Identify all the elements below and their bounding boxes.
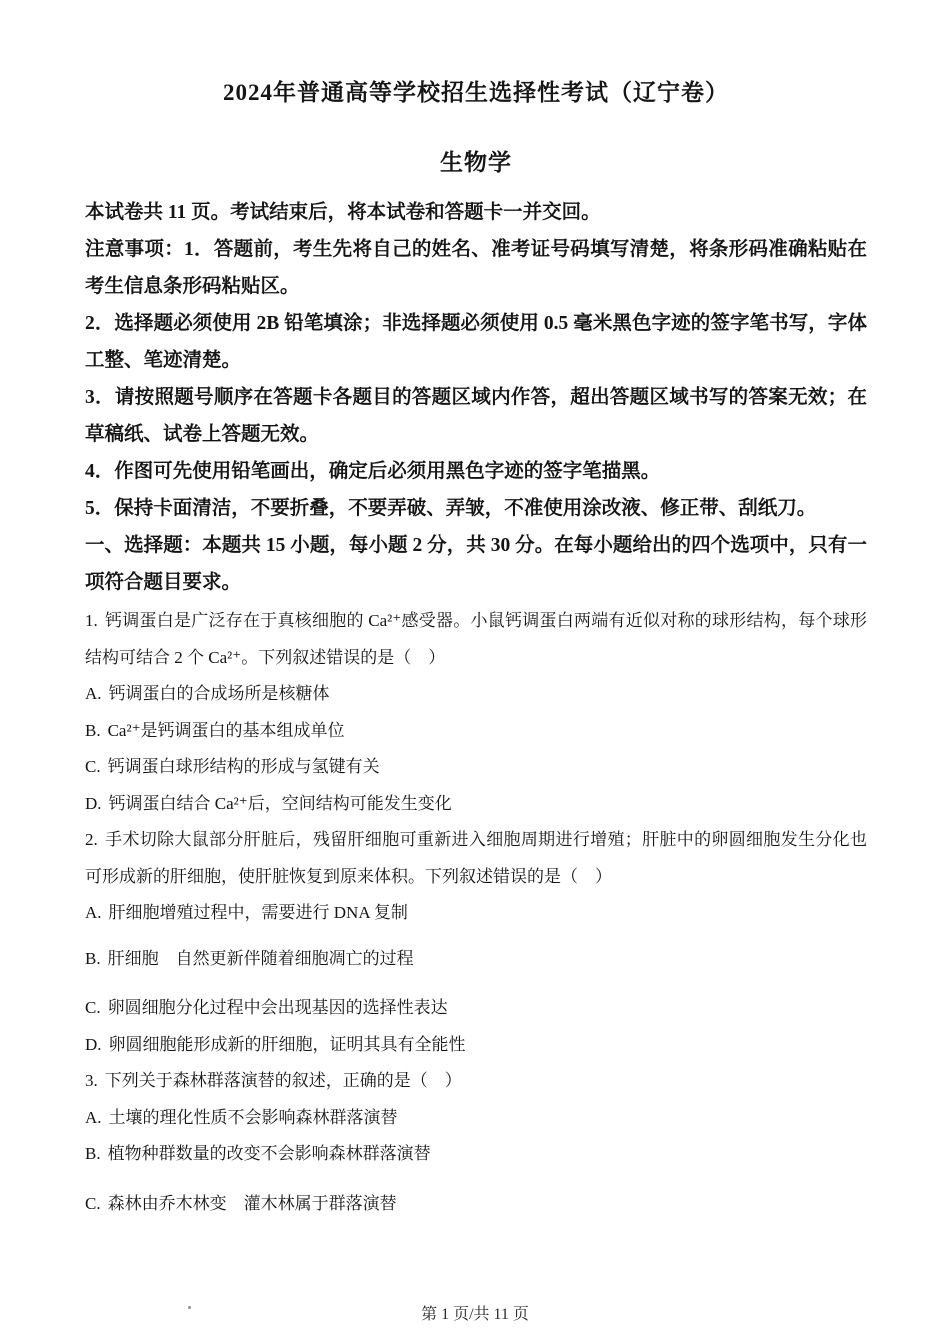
- question-3-option-b-text: 植物种群数量的改变不会影响森林群落演替: [108, 1144, 431, 1163]
- question-2-number: 2.: [85, 830, 98, 849]
- question-2-option-b-text: 肝细胞 自然更新伴随着细胞凋亡的过程: [108, 949, 414, 968]
- question-2-option-c-text: 卵圆细胞分化过程中会出现基因的选择性表达: [108, 998, 448, 1017]
- question-2-option-c-label: C.: [85, 998, 101, 1017]
- page-footer: 第 1 页/共 11 页: [0, 1301, 950, 1324]
- question-3-option-a-text: 土壤的理化性质不会影响森林群落演替: [109, 1108, 398, 1127]
- question-2-option-a-text: 肝细胞增殖过程中，需要进行 DNA 复制: [109, 903, 408, 922]
- page-title: 2024年普通高等学校招生选择性考试（辽宁卷）: [85, 78, 867, 108]
- question-1-option-d-label: D.: [85, 794, 102, 813]
- section-header-choice: 一、选择题：本题共 15 小题，每小题 2 分，共 30 分。在每小题给出的四个…: [85, 527, 867, 601]
- question-1-option-c-label: C.: [85, 757, 101, 776]
- question-2-option-d: D.卵圆细胞能形成新的肝细胞，证明其具有全能性: [85, 1027, 867, 1064]
- document-page: { "page": { "title": "2024年普通高等学校招生选择性考试…: [0, 0, 950, 1344]
- question-1-option-a: A.钙调蛋白的合成场所是核糖体: [85, 676, 867, 713]
- question-1-option-b: B.Ca²⁺是钙调蛋白的基本组成单位: [85, 713, 867, 750]
- question-1-option-b-label: B.: [85, 721, 101, 740]
- question-1-option-a-text: 钙调蛋白的合成场所是核糖体: [109, 684, 330, 703]
- question-3-option-a: A.土壤的理化性质不会影响森林群落演替: [85, 1100, 867, 1137]
- question-2-stem: 2.手术切除大鼠部分肝脏后，残留肝细胞可重新进入细胞周期进行增殖；肝脏中的卵圆细…: [85, 822, 867, 895]
- exam-notices: 本试卷共 11 页。考试结束后，将本试卷和答题卡一并交回。 注意事项：1．答题前…: [85, 194, 867, 601]
- notice-line-5: 5．保持卡面清洁，不要折叠，不要弄破、弄皱，不准使用涂改液、修正带、刮纸刀。: [85, 490, 867, 527]
- question-2-option-a: A.肝细胞增殖过程中，需要进行 DNA 复制: [85, 895, 867, 932]
- question-3-number: 3.: [85, 1071, 98, 1090]
- notice-line-3: 3．请按照题号顺序在答题卡各题目的答题区域内作答，超出答题区域书写的答案无效；在…: [85, 379, 867, 453]
- question-3-option-c-label: C.: [85, 1194, 101, 1213]
- question-3-option-a-label: A.: [85, 1108, 102, 1127]
- page-subtitle: 生物学: [85, 148, 867, 178]
- question-2-option-b: B.肝细胞 自然更新伴随着细胞凋亡的过程: [85, 941, 867, 978]
- question-2-option-d-text: 卵圆细胞能形成新的肝细胞，证明其具有全能性: [109, 1035, 466, 1054]
- question-3-option-c-text: 森林由乔木林变 灌木林属于群落演替: [108, 1194, 397, 1213]
- question-1-stem-text: 钙调蛋白是广泛存在于真核细胞的 Ca²⁺感受器。小鼠钙调蛋白两端有近似对称的球形…: [85, 611, 867, 667]
- question-2-option-b-label: B.: [85, 949, 101, 968]
- question-1-option-c-text: 钙调蛋白球形结构的形成与氢键有关: [108, 757, 380, 776]
- question-2-option-d-label: D.: [85, 1035, 102, 1054]
- question-2: 2.手术切除大鼠部分肝脏后，残留肝细胞可重新进入细胞周期进行增殖；肝脏中的卵圆细…: [85, 822, 867, 1063]
- question-2-stem-text: 手术切除大鼠部分肝脏后，残留肝细胞可重新进入细胞周期进行增殖；肝脏中的卵圆细胞发…: [85, 830, 867, 886]
- question-2-option-a-label: A.: [85, 903, 102, 922]
- question-3-option-b: B.植物种群数量的改变不会影响森林群落演替: [85, 1136, 867, 1173]
- question-1-option-c: C.钙调蛋白球形结构的形成与氢键有关: [85, 749, 867, 786]
- notice-line-2: 2．选择题必须使用 2B 铅笔填涂；非选择题必须使用 0.5 毫米黑色字迹的签字…: [85, 305, 867, 379]
- question-1-option-d: D.钙调蛋白结合 Ca²⁺后，空间结构可能发生变化: [85, 786, 867, 823]
- question-3-stem-text: 下列关于森林群落演替的叙述，正确的是（ ）: [105, 1071, 462, 1090]
- question-1-stem: 1.钙调蛋白是广泛存在于真核细胞的 Ca²⁺感受器。小鼠钙调蛋白两端有近似对称的…: [85, 603, 867, 676]
- question-1-option-b-text: Ca²⁺是钙调蛋白的基本组成单位: [108, 721, 345, 740]
- notice-line-4: 4．作图可先使用铅笔画出，确定后必须用黑色字迹的签字笔描黑。: [85, 453, 867, 490]
- notice-line-return: 本试卷共 11 页。考试结束后，将本试卷和答题卡一并交回。: [85, 194, 867, 231]
- question-1-option-a-label: A.: [85, 684, 102, 703]
- question-3-option-c: C.森林由乔木林变 灌木林属于群落演替: [85, 1186, 867, 1223]
- question-1-number: 1.: [85, 611, 98, 630]
- question-list: 1.钙调蛋白是广泛存在于真核细胞的 Ca²⁺感受器。小鼠钙调蛋白两端有近似对称的…: [85, 603, 867, 1222]
- question-3-option-b-label: B.: [85, 1144, 101, 1163]
- notice-line-1: 注意事项：1．答题前，考生先将自己的姓名、准考证号码填写清楚，将条形码准确粘贴在…: [85, 231, 867, 305]
- question-1-option-d-text: 钙调蛋白结合 Ca²⁺后，空间结构可能发生变化: [109, 794, 452, 813]
- question-3: 3.下列关于森林群落演替的叙述，正确的是（ ） A.土壤的理化性质不会影响森林群…: [85, 1063, 867, 1222]
- question-2-option-c: C.卵圆细胞分化过程中会出现基因的选择性表达: [85, 990, 867, 1027]
- question-3-stem: 3.下列关于森林群落演替的叙述，正确的是（ ）: [85, 1063, 867, 1100]
- question-1: 1.钙调蛋白是广泛存在于真核细胞的 Ca²⁺感受器。小鼠钙调蛋白两端有近似对称的…: [85, 603, 867, 822]
- exam-paper-sheet: 2024年普通高等学校招生选择性考试（辽宁卷） 生物学 本试卷共 11 页。考试…: [0, 0, 950, 1222]
